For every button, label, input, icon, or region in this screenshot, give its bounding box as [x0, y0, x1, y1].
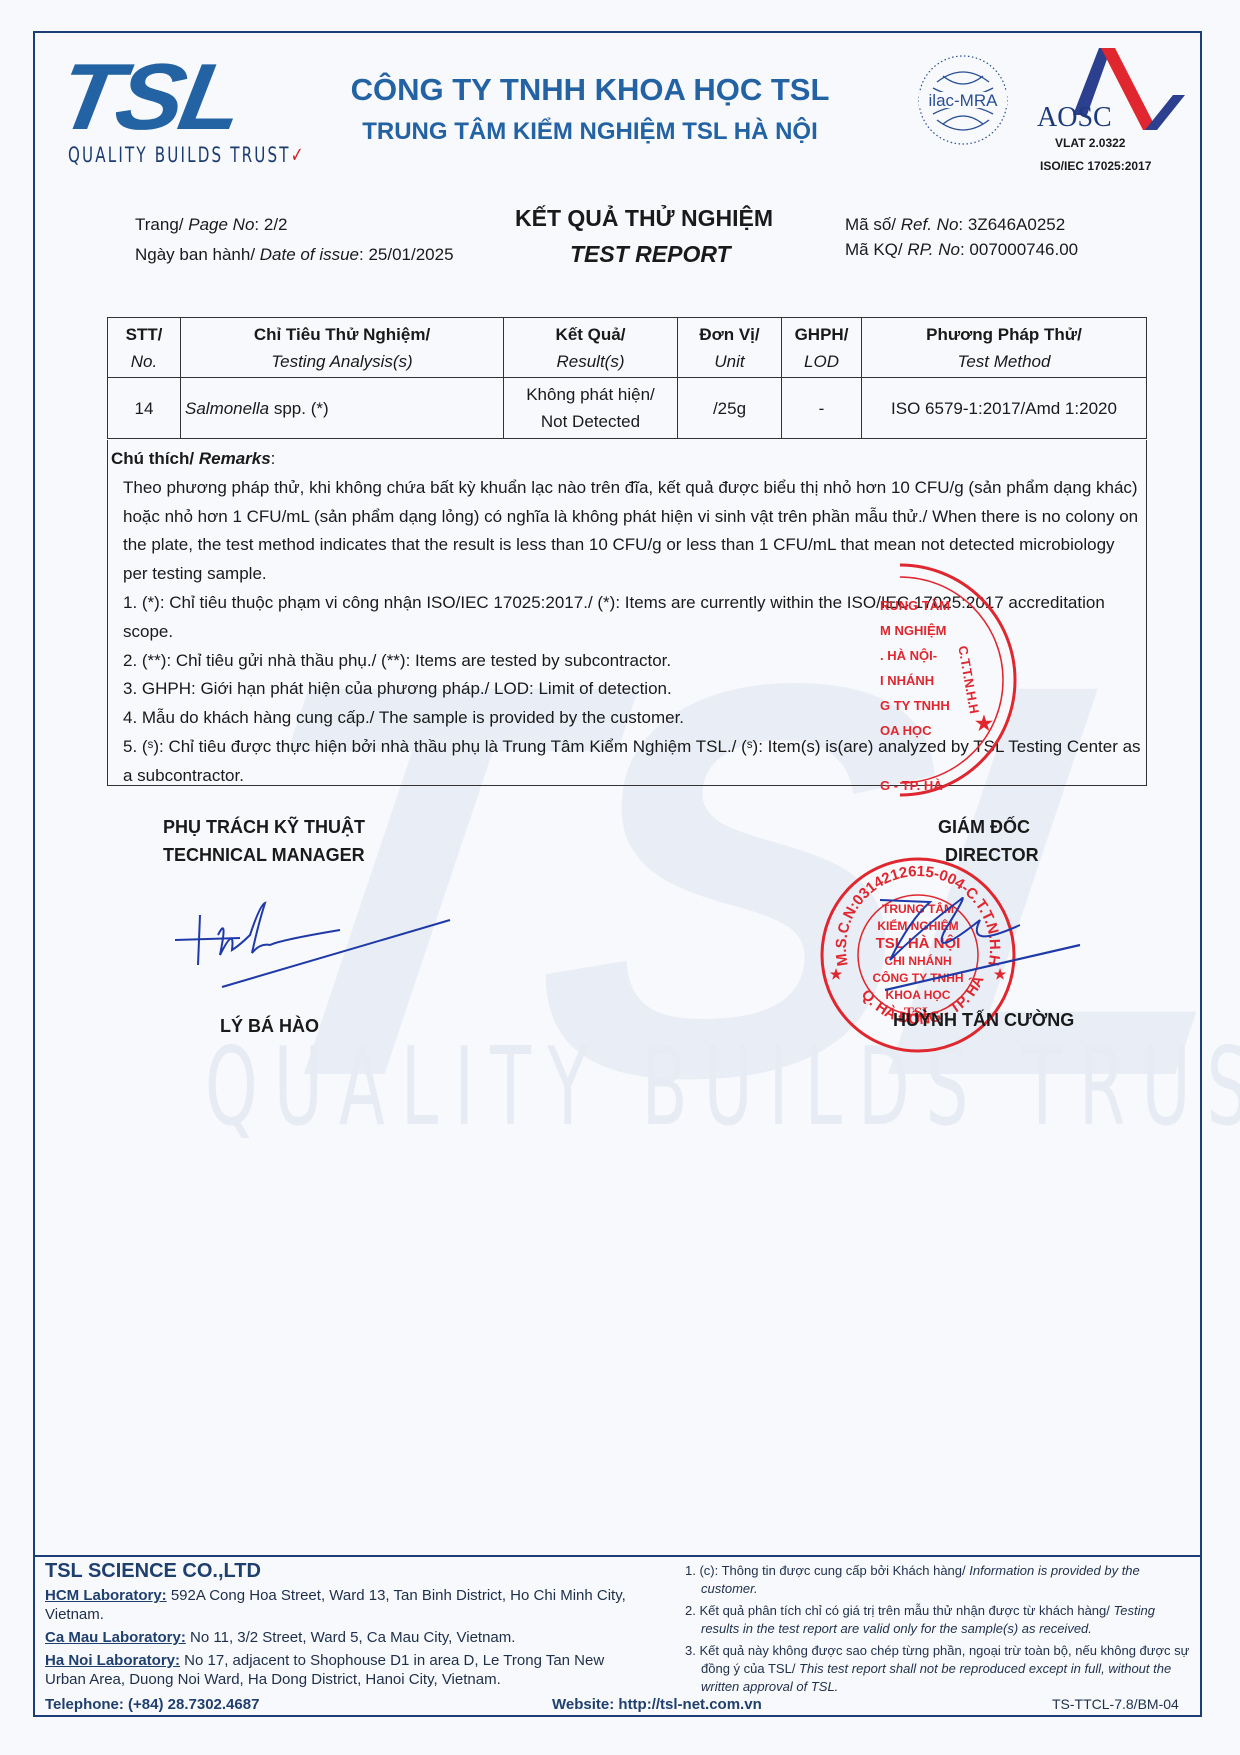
svg-text:G - TP. HÀ: G - TP. HÀ: [880, 778, 943, 793]
ref-value: : 3Z646A0252: [958, 215, 1065, 234]
rp-value: : 007000746.00: [960, 240, 1078, 259]
svg-text:★: ★: [975, 713, 993, 735]
page-label-en: Page No: [188, 215, 254, 234]
footer-website-link[interactable]: Website: http://tsl-net.com.vn: [552, 1696, 762, 1713]
svg-text:C.T.T.N.H.H: C.T.T.N.H.H: [955, 645, 982, 715]
results-table: STT/No. Chỉ Tiêu Thử Nghiệm/Testing Anal…: [107, 317, 1147, 439]
director-name: HUỲNH TẤN CƯỜNG: [893, 1006, 1074, 1034]
footer-notes: 1. (c): Thông tin được cung cấp bởi Khác…: [685, 1562, 1190, 1700]
ilac-mra-logo-icon: ilac-MRA: [915, 52, 1011, 148]
ref-label-vn: Mã số/: [845, 215, 896, 234]
technical-manager-title-en: TECHNICAL MANAGER: [163, 841, 365, 869]
center-name: TRUNG TÂM KIỂM NGHIỆM TSL HÀ NỘI: [320, 118, 860, 146]
rp-number: Mã KQ/ RP. No: 007000746.00: [845, 240, 1078, 260]
svg-text:G TY TNHH: G TY TNHH: [880, 698, 950, 713]
svg-text:. HÀ NỘI-: . HÀ NỘI-: [880, 648, 937, 663]
company-name: CÔNG TY TNHH KHOA HỌC TSL: [320, 72, 860, 108]
watermark-tagline-text: QUALITY BUILDS TRUST: [205, 1025, 1240, 1150]
logo-tagline: QUALITY BUILDS TRUST✓: [68, 143, 306, 167]
footer-addresses: HCM Laboratory: 592A Cong Hoa Street, Wa…: [45, 1586, 635, 1693]
cell-analysis: Salmonella spp. (*): [181, 378, 504, 439]
report-title-vn: KẾT QUẢ THỬ NGHIỆM: [515, 205, 773, 232]
footer-note-3: 3. Kết quả này không được sao chép từng …: [685, 1642, 1190, 1696]
col-header-method: Phương Pháp Thử/Test Method: [862, 318, 1147, 378]
remarks-heading: Chú thích/ Remarks:: [111, 445, 1141, 474]
footer-lab-camau: Ca Mau Laboratory: No 11, 3/2 Street, Wa…: [45, 1628, 635, 1647]
col-header-no: STT/No.: [108, 318, 181, 378]
report-title-en: TEST REPORT: [570, 241, 731, 268]
footer-lab-hanoi: Ha Noi Laboratory: No 17, adjacent to Sh…: [45, 1651, 635, 1689]
technical-manager-name: LÝ BÁ HÀO: [220, 1012, 319, 1040]
issue-date: Ngày ban hành/ Date of issue: 25/01/2025: [135, 245, 454, 265]
partial-company-stamp-icon: RUNG TÂM M NGHIỆM . HÀ NỘI- I NHÁNH G TY…: [880, 555, 1030, 805]
table-row: 14 Salmonella spp. (*) Không phát hiện/N…: [108, 378, 1147, 439]
vlat-code: VLAT 2.0322: [1055, 136, 1125, 150]
director-signature-icon: [870, 890, 1090, 1000]
page-value: : 2/2: [254, 215, 287, 234]
footer-telephone: Telephone: (+84) 28.7302.4687: [45, 1696, 259, 1713]
company-heading: CÔNG TY TNHH KHOA HỌC TSL TRUNG TÂM KIỂM…: [320, 72, 860, 146]
technical-manager-title-vn: PHỤ TRÁCH KỸ THUẬT: [163, 813, 365, 841]
rp-label-en: RP. No: [907, 240, 960, 259]
page-number: Trang/ Page No: 2/2: [135, 215, 288, 235]
date-value: : 25/01/2025: [359, 245, 454, 264]
svg-text:M NGHIỆM: M NGHIỆM: [880, 623, 946, 638]
footer-lab-hcm: HCM Laboratory: 592A Cong Hoa Street, Wa…: [45, 1586, 635, 1624]
footer-divider: [33, 1555, 1202, 1557]
director-title-vn: GIÁM ĐỐC: [938, 813, 1030, 841]
aosc-label: AOSC: [1037, 102, 1112, 134]
svg-text:RUNG TÂM: RUNG TÂM: [880, 598, 950, 613]
cell-result: Không phát hiện/Not Detected: [504, 378, 678, 439]
col-header-result: Kết Quả/Result(s): [504, 318, 678, 378]
technical-manager-title: PHỤ TRÁCH KỸ THUẬT TECHNICAL MANAGER: [163, 813, 365, 869]
check-icon: ✓: [291, 143, 306, 167]
cell-lod: -: [782, 378, 862, 439]
logo-tagline-text: QUALITY BUILDS TRUST: [68, 143, 291, 167]
col-header-lod: GHPH/LOD: [782, 318, 862, 378]
col-header-unit: Đơn Vị/Unit: [678, 318, 782, 378]
svg-text:I NHÁNH: I NHÁNH: [880, 673, 934, 688]
svg-text:★: ★: [830, 966, 843, 982]
date-label-en: Date of issue: [260, 245, 359, 264]
technical-manager-signature-icon: [170, 895, 460, 1005]
watermark-tagline: QUALITY BUILDS TRUST✓: [205, 1025, 1240, 1150]
page-label-vn: Trang/: [135, 215, 184, 234]
footer-company: TSL SCIENCE CO.,LTD: [45, 1560, 261, 1583]
cell-no: 14: [108, 378, 181, 439]
footer-form-code: TS-TTCL-7.8/BM-04: [1052, 1696, 1179, 1712]
footer-note-2: 2. Kết quả phân tích chỉ có giá trị trên…: [685, 1602, 1190, 1638]
table-header-row: STT/No. Chỉ Tiêu Thử Nghiệm/Testing Anal…: [108, 318, 1147, 378]
iso-standard: ISO/IEC 17025:2017: [1040, 159, 1151, 173]
footer-note-1: 1. (c): Thông tin được cung cấp bởi Khác…: [685, 1562, 1190, 1598]
svg-text:OA HỌC: OA HỌC: [880, 723, 932, 738]
svg-text:ilac-MRA: ilac-MRA: [929, 91, 999, 110]
tsl-logo: TSL: [51, 50, 246, 144]
col-header-analysis: Chỉ Tiêu Thử Nghiệm/Testing Analysis(s): [181, 318, 504, 378]
rp-label-vn: Mã KQ/: [845, 240, 903, 259]
date-label-vn: Ngày ban hành/: [135, 245, 255, 264]
ref-label-en: Ref. No: [901, 215, 959, 234]
cell-method: ISO 6579-1:2017/Amd 1:2020: [862, 378, 1147, 439]
cell-unit: /25g: [678, 378, 782, 439]
ref-number: Mã số/ Ref. No: 3Z646A0252: [845, 215, 1065, 235]
